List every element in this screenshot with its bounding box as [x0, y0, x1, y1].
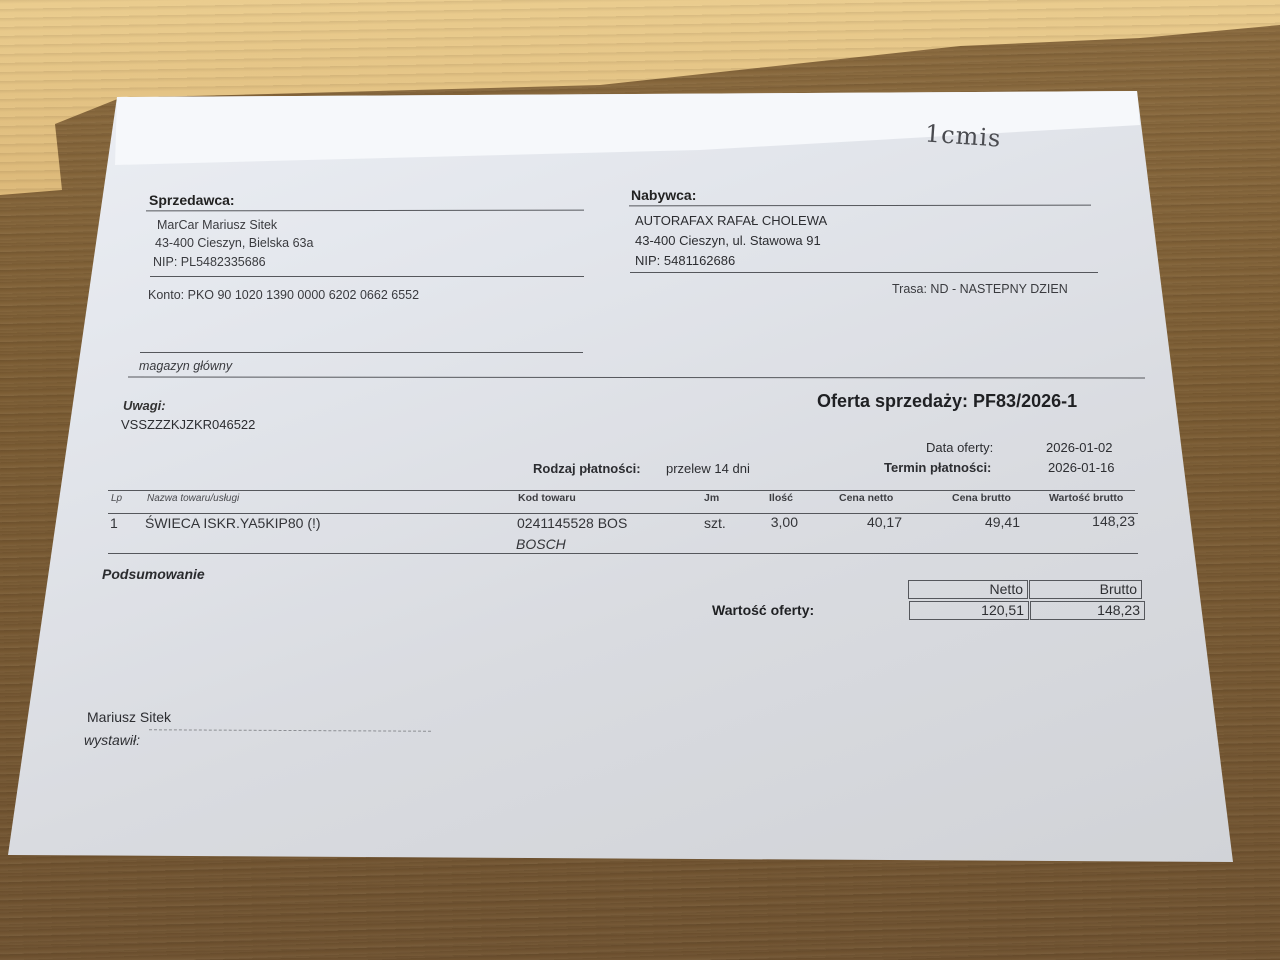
divider: [630, 272, 1098, 273]
col-unit: Jm: [704, 492, 719, 504]
divider: [629, 205, 1091, 207]
table-bottom-border: [108, 553, 1138, 554]
row-gross-price: 49,41: [945, 514, 1020, 530]
buyer-heading: Nabywca:: [631, 187, 696, 203]
row-name: ŚWIECA ISKR.YA5KIP80 (!): [145, 515, 321, 531]
col-gross-price: Cena brutto: [952, 492, 1011, 504]
payment-type: przelew 14 dni: [666, 461, 750, 476]
col-name: Nazwa towaru/usługi: [147, 493, 239, 504]
col-lp: Lp: [111, 493, 122, 504]
summary-gross-header: Brutto: [1029, 580, 1142, 599]
row-unit: szt.: [704, 515, 726, 531]
offer-title: Oferta sprzedaży: PF83/2026-1: [817, 391, 1077, 412]
col-net-price: Cena netto: [839, 492, 893, 504]
payment-due-label: Termin płatności:: [884, 460, 991, 475]
buyer-address: 43-400 Cieszyn, ul. Stawowa 91: [635, 233, 821, 248]
issuer-name: Mariusz Sitek: [87, 709, 171, 725]
buyer-nip: NIP: 5481162686: [635, 253, 735, 268]
summary-net-header: Netto: [908, 580, 1028, 599]
payment-type-label: Rodzaj płatności:: [533, 461, 641, 476]
signature-line: [149, 729, 431, 731]
summary-heading: Podsumowanie: [102, 566, 205, 582]
summary-net-value: 120,51: [909, 601, 1029, 620]
seller-nip: NIP: PL5482335686: [153, 255, 266, 269]
notes-value: VSSZZZKJZKR046522: [121, 417, 255, 432]
payment-due: 2026-01-16: [1048, 460, 1115, 475]
divider: [146, 210, 584, 212]
divider: [150, 276, 584, 277]
seller-account: Konto: PKO 90 1020 1390 0000 6202 0662 6…: [148, 288, 419, 302]
handwritten-note: 1cmis: [924, 119, 1002, 152]
sales-offer-document: 1cmis Sprzedawca: MarCar Mariusz Sitek 4…: [0, 0, 1280, 960]
row-gross-value: 148,23: [1050, 513, 1135, 529]
row-lp: 1: [110, 515, 118, 531]
buyer-name: AUTORAFAX RAFAŁ CHOLEWA: [635, 213, 827, 228]
warehouse: magazyn główny: [139, 359, 232, 373]
divider: [140, 352, 583, 353]
offer-date-label: Data oferty:: [926, 440, 993, 455]
col-code: Kod towaru: [518, 492, 576, 504]
issued-by-label: wystawił:: [84, 732, 140, 748]
row-code: 0241145528 BOS: [517, 515, 627, 531]
row-net-price: 40,17: [830, 514, 902, 530]
buyer-route: Trasa: ND - NASTEPNY DZIEN: [892, 282, 1068, 296]
notes-label: Uwagi:: [123, 398, 166, 413]
summary-gross-value: 148,23: [1030, 601, 1145, 620]
col-gross-value: Wartość brutto: [1049, 492, 1123, 504]
offer-date: 2026-01-02: [1046, 440, 1113, 455]
row-qty: 3,00: [740, 514, 798, 530]
seller-heading: Sprzedawca:: [149, 192, 235, 208]
row-brand: BOSCH: [516, 536, 566, 552]
offer-value-label: Wartość oferty:: [712, 602, 814, 618]
divider: [128, 377, 1145, 379]
col-qty: Ilość: [769, 492, 793, 504]
seller-address: 43-400 Cieszyn, Bielska 63a: [155, 236, 313, 250]
table-top-border: [108, 490, 1135, 491]
seller-name: MarCar Mariusz Sitek: [157, 218, 277, 232]
